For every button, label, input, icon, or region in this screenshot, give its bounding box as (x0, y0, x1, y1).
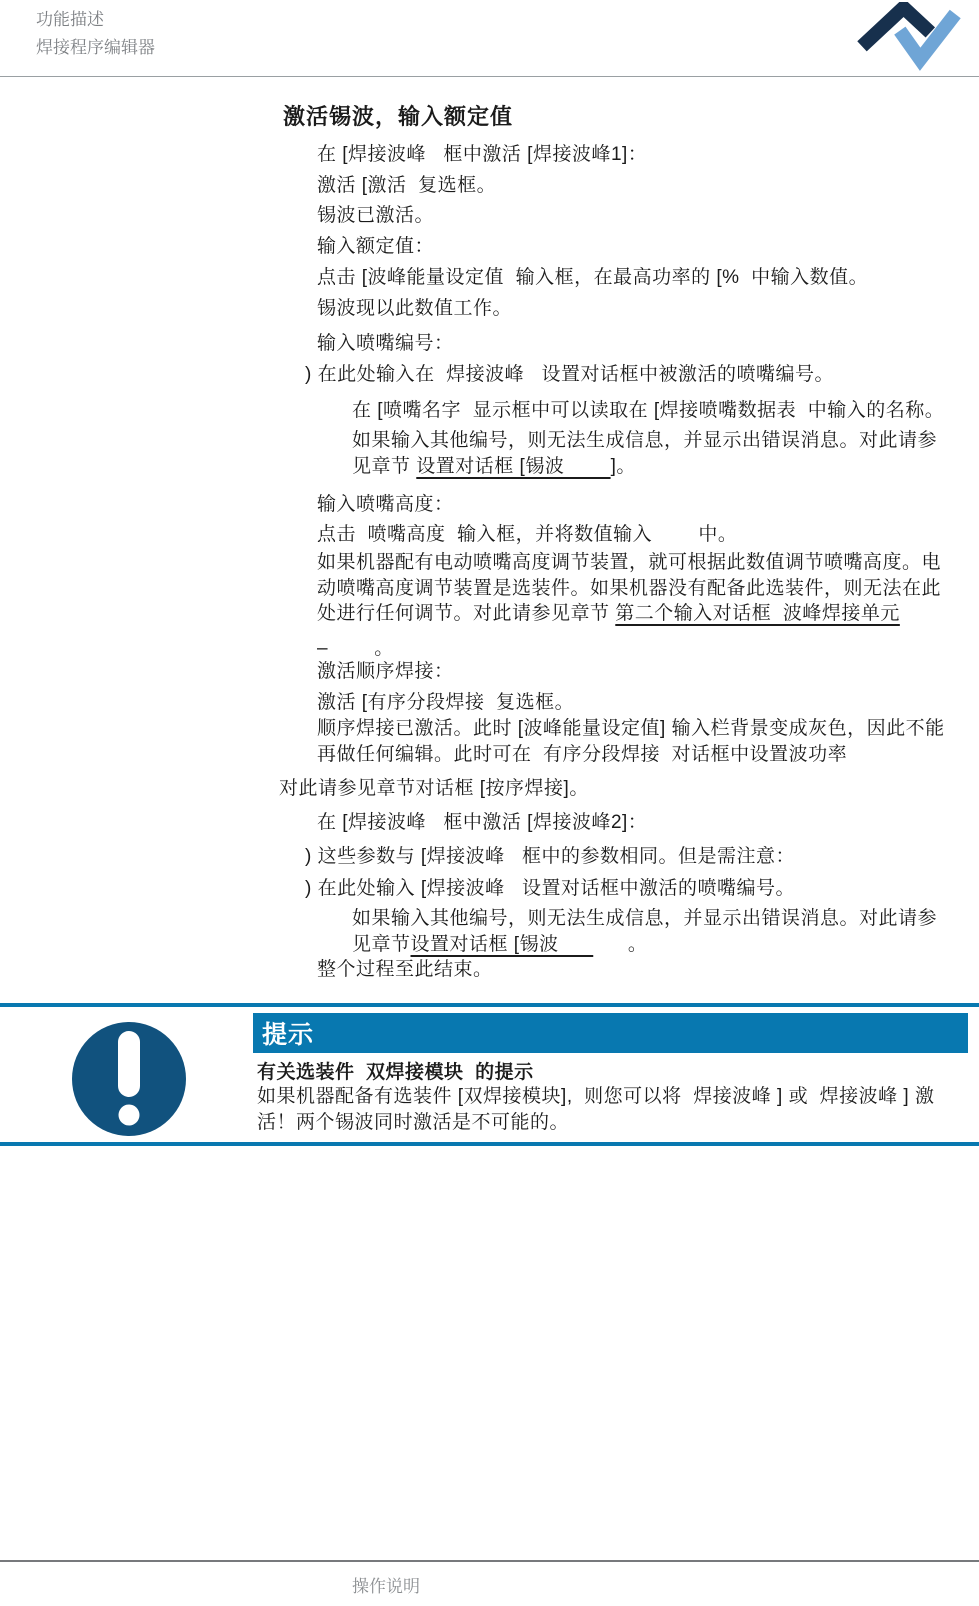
para-enter-setpoint: 输入额定值： (317, 234, 434, 260)
para-same-parameters: ) 这些参数与 [焊接波峰 框中的参数相同。但是需注意： (305, 844, 795, 870)
header-divider (0, 76, 979, 77)
manual-page: 功能描述 焊接程序编辑器 激活锡波，输入额定值 在 [焊接波峰 框中激活 [焊接… (0, 0, 979, 1606)
section-heading: 激活锡波，输入额定值 (283, 104, 513, 130)
para-wave-works-value: 锡波现以此数值工作。 (317, 296, 512, 322)
para-enter-nozzle-height: 输入喷嘴高度： (317, 492, 454, 518)
para-process-finished: 整个过程至此结束。 (317, 957, 493, 983)
header-doc-type: 功能描述 (36, 9, 104, 31)
para-enter-nozzle-number: 输入喷嘴编号： (317, 331, 454, 357)
footer-label: 操作说明 (352, 1572, 420, 1597)
para-activate-sequence: 激活顺序焊接： (317, 659, 454, 685)
para-dash-line: – 。 (317, 636, 394, 662)
para-see-sequence-dialog: 对此请参见章节对话框 [按序焊接]。 (279, 776, 589, 802)
para-wave-activated: 锡波已激活。 (317, 203, 434, 229)
para-sequence-activated: 顺序焊接已激活。此时 [波峰能量设定值] 输入栏背景变成灰色，因此不能 再做任何… (317, 716, 945, 767)
link-settings-dialog-solder-wave-1[interactable]: 设置对话框 [锡波 (416, 456, 610, 477)
notice-body: 如果机器配备有选装件 [双焊接模块], 则您可以将 焊接波峰 ] 或 焊接波峰 … (257, 1084, 934, 1135)
para-text: ]。 (611, 456, 636, 477)
footer-divider (0, 1560, 979, 1562)
notice-bottom-rule (0, 1142, 979, 1146)
link-second-input-dialog[interactable]: 第二个输入对话框 波峰焊接单元 (615, 603, 900, 624)
para-nozzle-name-display: 在 [喷嘴名字 显示框中可以读取在 [焊接喷嘴数据表 中输入的名称。 (352, 398, 944, 424)
link-settings-dialog-solder-wave-2[interactable]: 设置对话框 [锡波 (411, 934, 594, 955)
notice-top-rule (0, 1003, 979, 1007)
notice-title-bar: 提示 (253, 1013, 968, 1053)
para-text: 。 (593, 934, 647, 955)
mandatory-exclamation-icon (72, 1022, 186, 1136)
para-click-nozzle-height: 点击 喷嘴高度 输入框，并将数值输入 中。 (317, 522, 737, 548)
para-nozzle-number-note: ) 在此处输入在 焊接波峰 设置对话框中被激活的喷嘴编号。 (305, 362, 834, 388)
para-click-energy-setpoint: 点击 [波峰能量设定值 输入框，在最高功率的 [% 中输入数值。 (317, 265, 868, 291)
company-logo (845, 2, 975, 74)
notice-title: 提示 (253, 1015, 314, 1051)
para-sequence-checkbox: 激活 [有序分段焊接 复选框。 (317, 690, 574, 716)
notice-subject: 有关选装件 双焊接模块 的提示 (257, 1057, 534, 1084)
para-wrong-number-2: 如果输入其他编号，则无法生成信息，并显示出错误消息。对此请参 见章节设置对话框 … (352, 906, 937, 957)
para-motor-nozzle-height: 如果机器配有电动喷嘴高度调节装置，就可根据此数值调节喷嘴高度。电 动喷嘴高度调节… (317, 550, 941, 627)
para-activate-wave1: 在 [焊接波峰 框中激活 [焊接波峰1]： (317, 142, 647, 168)
para-activate-wave2: 在 [焊接波峰 框中激活 [焊接波峰2]： (317, 810, 647, 836)
header-doc-subtitle: 焊接程序编辑器 (36, 37, 155, 59)
logo-chevron-icon (862, 8, 930, 47)
para-activate-checkbox: 激活 [激活 复选框。 (317, 173, 496, 199)
para-enter-nozzle-number-2: ) 在此处输入 [焊接波峰 设置对话框中激活的喷嘴编号。 (305, 876, 795, 902)
para-wrong-number-1: 如果输入其他编号，则无法生成信息，并显示出错误消息。对此请参 见章节 设置对话框… (352, 428, 937, 479)
